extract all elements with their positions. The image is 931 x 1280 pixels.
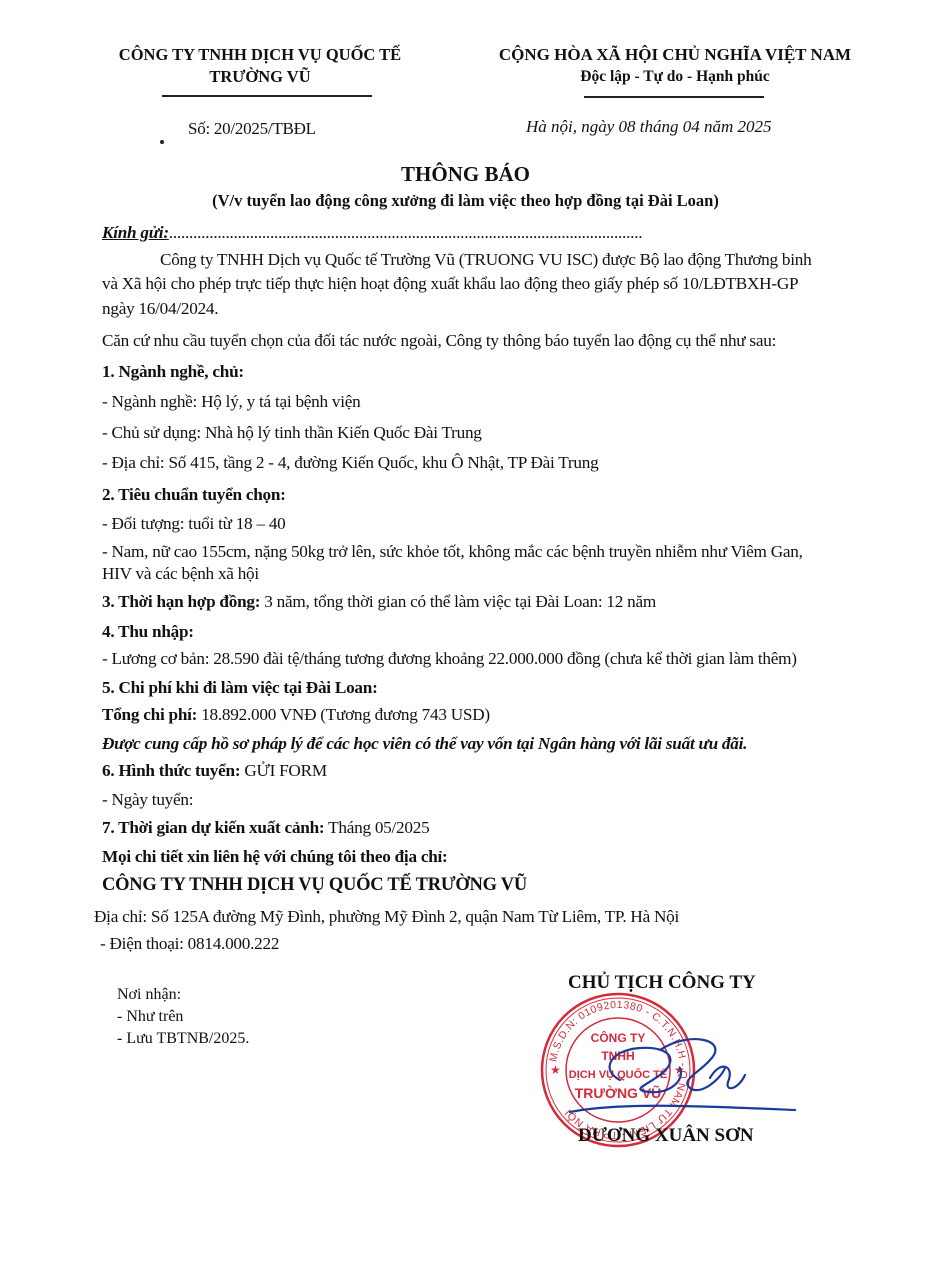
intro-line-2: và Xã hội cho phép trực tiếp thực hiện h… (102, 273, 798, 295)
national-motto: Độc lập - Tự do - Hạnh phúc (470, 66, 880, 88)
recipient-dots: ........................................… (169, 223, 642, 242)
section-6-item: - Ngày tuyển: (102, 789, 193, 811)
contact-intro: Mọi chi tiết xin liên hệ với chúng tôi t… (102, 846, 448, 868)
section-6-value: GỬI FORM (240, 761, 327, 780)
recipients-item: - Như trên (117, 1006, 249, 1028)
recipients-block: Nơi nhận: - Như trên - Lưu TBTNB/2025. (117, 984, 249, 1050)
section-6: 6. Hình thức tuyển: GỬI FORM (102, 760, 327, 782)
section-3-heading: 3. Thời hạn hợp đồng: (102, 592, 260, 611)
section-7-heading: 7. Thời gian dự kiến xuất cảnh: (102, 818, 324, 837)
intro-line-4: Căn cứ nhu cầu tuyển chọn của đối tác nư… (102, 330, 776, 352)
section-1-item: - Ngành nghề: Hộ lý, y tá tại bệnh viện (102, 391, 361, 413)
recipient-label: Kính gửi: (102, 223, 169, 242)
contact-company: CÔNG TY TNHH DỊCH VỤ QUỐC TẾ TRƯỜNG VŨ (102, 874, 527, 896)
signature-scribble (560, 1020, 800, 1130)
section-1-item: - Địa chỉ: Số 415, tầng 2 - 4, đường Kiế… (102, 452, 598, 474)
section-4-heading: 4. Thu nhập: (102, 621, 194, 643)
bullet-dot (160, 140, 164, 144)
national-header: CỘNG HÒA XÃ HỘI CHỦ NGHĨA VIỆT NAM Độc l… (470, 44, 880, 88)
loan-note: Được cung cấp hồ sơ pháp lý để các học v… (102, 733, 747, 755)
total-cost-label: Tổng chi phí: (102, 705, 197, 724)
document-title: THÔNG BÁO (0, 162, 931, 187)
contact-phone: - Điện thoại: 0814.000.222 (100, 933, 279, 955)
total-cost-value: 18.892.000 VNĐ (Tương đương 743 USD) (197, 705, 490, 724)
section-3: 3. Thời hạn hợp đồng: 3 năm, tổng thời g… (102, 591, 656, 613)
section-3-value: 3 năm, tổng thời gian có thể làm việc tạ… (260, 592, 656, 611)
company-name-line1: CÔNG TY TNHH DỊCH VỤ QUỐC TẾ (95, 44, 425, 66)
recipient-line: Kính gửi:...............................… (102, 222, 642, 244)
contact-address: Địa chỉ: Số 125A đường Mỹ Đình, phường M… (94, 906, 679, 928)
section-2-heading: 2. Tiêu chuẩn tuyển chọn: (102, 484, 286, 506)
total-cost: Tổng chi phí: 18.892.000 VNĐ (Tương đươn… (102, 704, 490, 726)
section-2-item: HIV và các bệnh xã hội (102, 563, 259, 585)
recipients-label: Nơi nhận: (117, 984, 249, 1006)
header-left-rule (162, 95, 372, 97)
intro-line-1: Công ty TNHH Dịch vụ Quốc tế Trường Vũ (… (160, 249, 811, 271)
nation-name: CỘNG HÒA XÃ HỘI CHỦ NGHĨA VIỆT NAM (470, 44, 880, 66)
section-6-heading: 6. Hình thức tuyển: (102, 761, 240, 780)
section-1-heading: 1. Ngành nghề, chủ: (102, 361, 244, 383)
place-date: Hà nội, ngày 08 tháng 04 năm 2025 (526, 117, 772, 137)
section-7: 7. Thời gian dự kiến xuất cảnh: Tháng 05… (102, 817, 429, 839)
recipients-item: - Lưu TBTNB/2025. (117, 1028, 249, 1050)
section-2-item: - Nam, nữ cao 155cm, nặng 50kg trở lên, … (102, 541, 803, 563)
header-right-rule (584, 96, 764, 98)
document-number: Số: 20/2025/TBĐL (188, 118, 316, 140)
section-1-item: - Chủ sử dụng: Nhà hộ lý tinh thần Kiến … (102, 422, 482, 444)
document-subtitle: (V/v tuyển lao động công xưởng đi làm vi… (0, 191, 931, 211)
intro-line-3: ngày 16/04/2024. (102, 298, 218, 320)
section-5-heading: 5. Chi phí khi đi làm việc tại Đài Loan: (102, 677, 378, 699)
company-name-line2: TRƯỜNG VŨ (95, 66, 425, 88)
company-name: CÔNG TY TNHH DỊCH VỤ QUỐC TẾ TRƯỜNG VŨ (95, 44, 425, 88)
section-4-item: - Lương cơ bản: 28.590 đài tệ/tháng tươn… (102, 648, 797, 670)
signer-name: DƯƠNG XUÂN SƠN (578, 1125, 754, 1147)
section-7-value: Tháng 05/2025 (324, 818, 429, 837)
section-2-item: - Đối tượng: tuổi từ 18 – 40 (102, 513, 286, 535)
